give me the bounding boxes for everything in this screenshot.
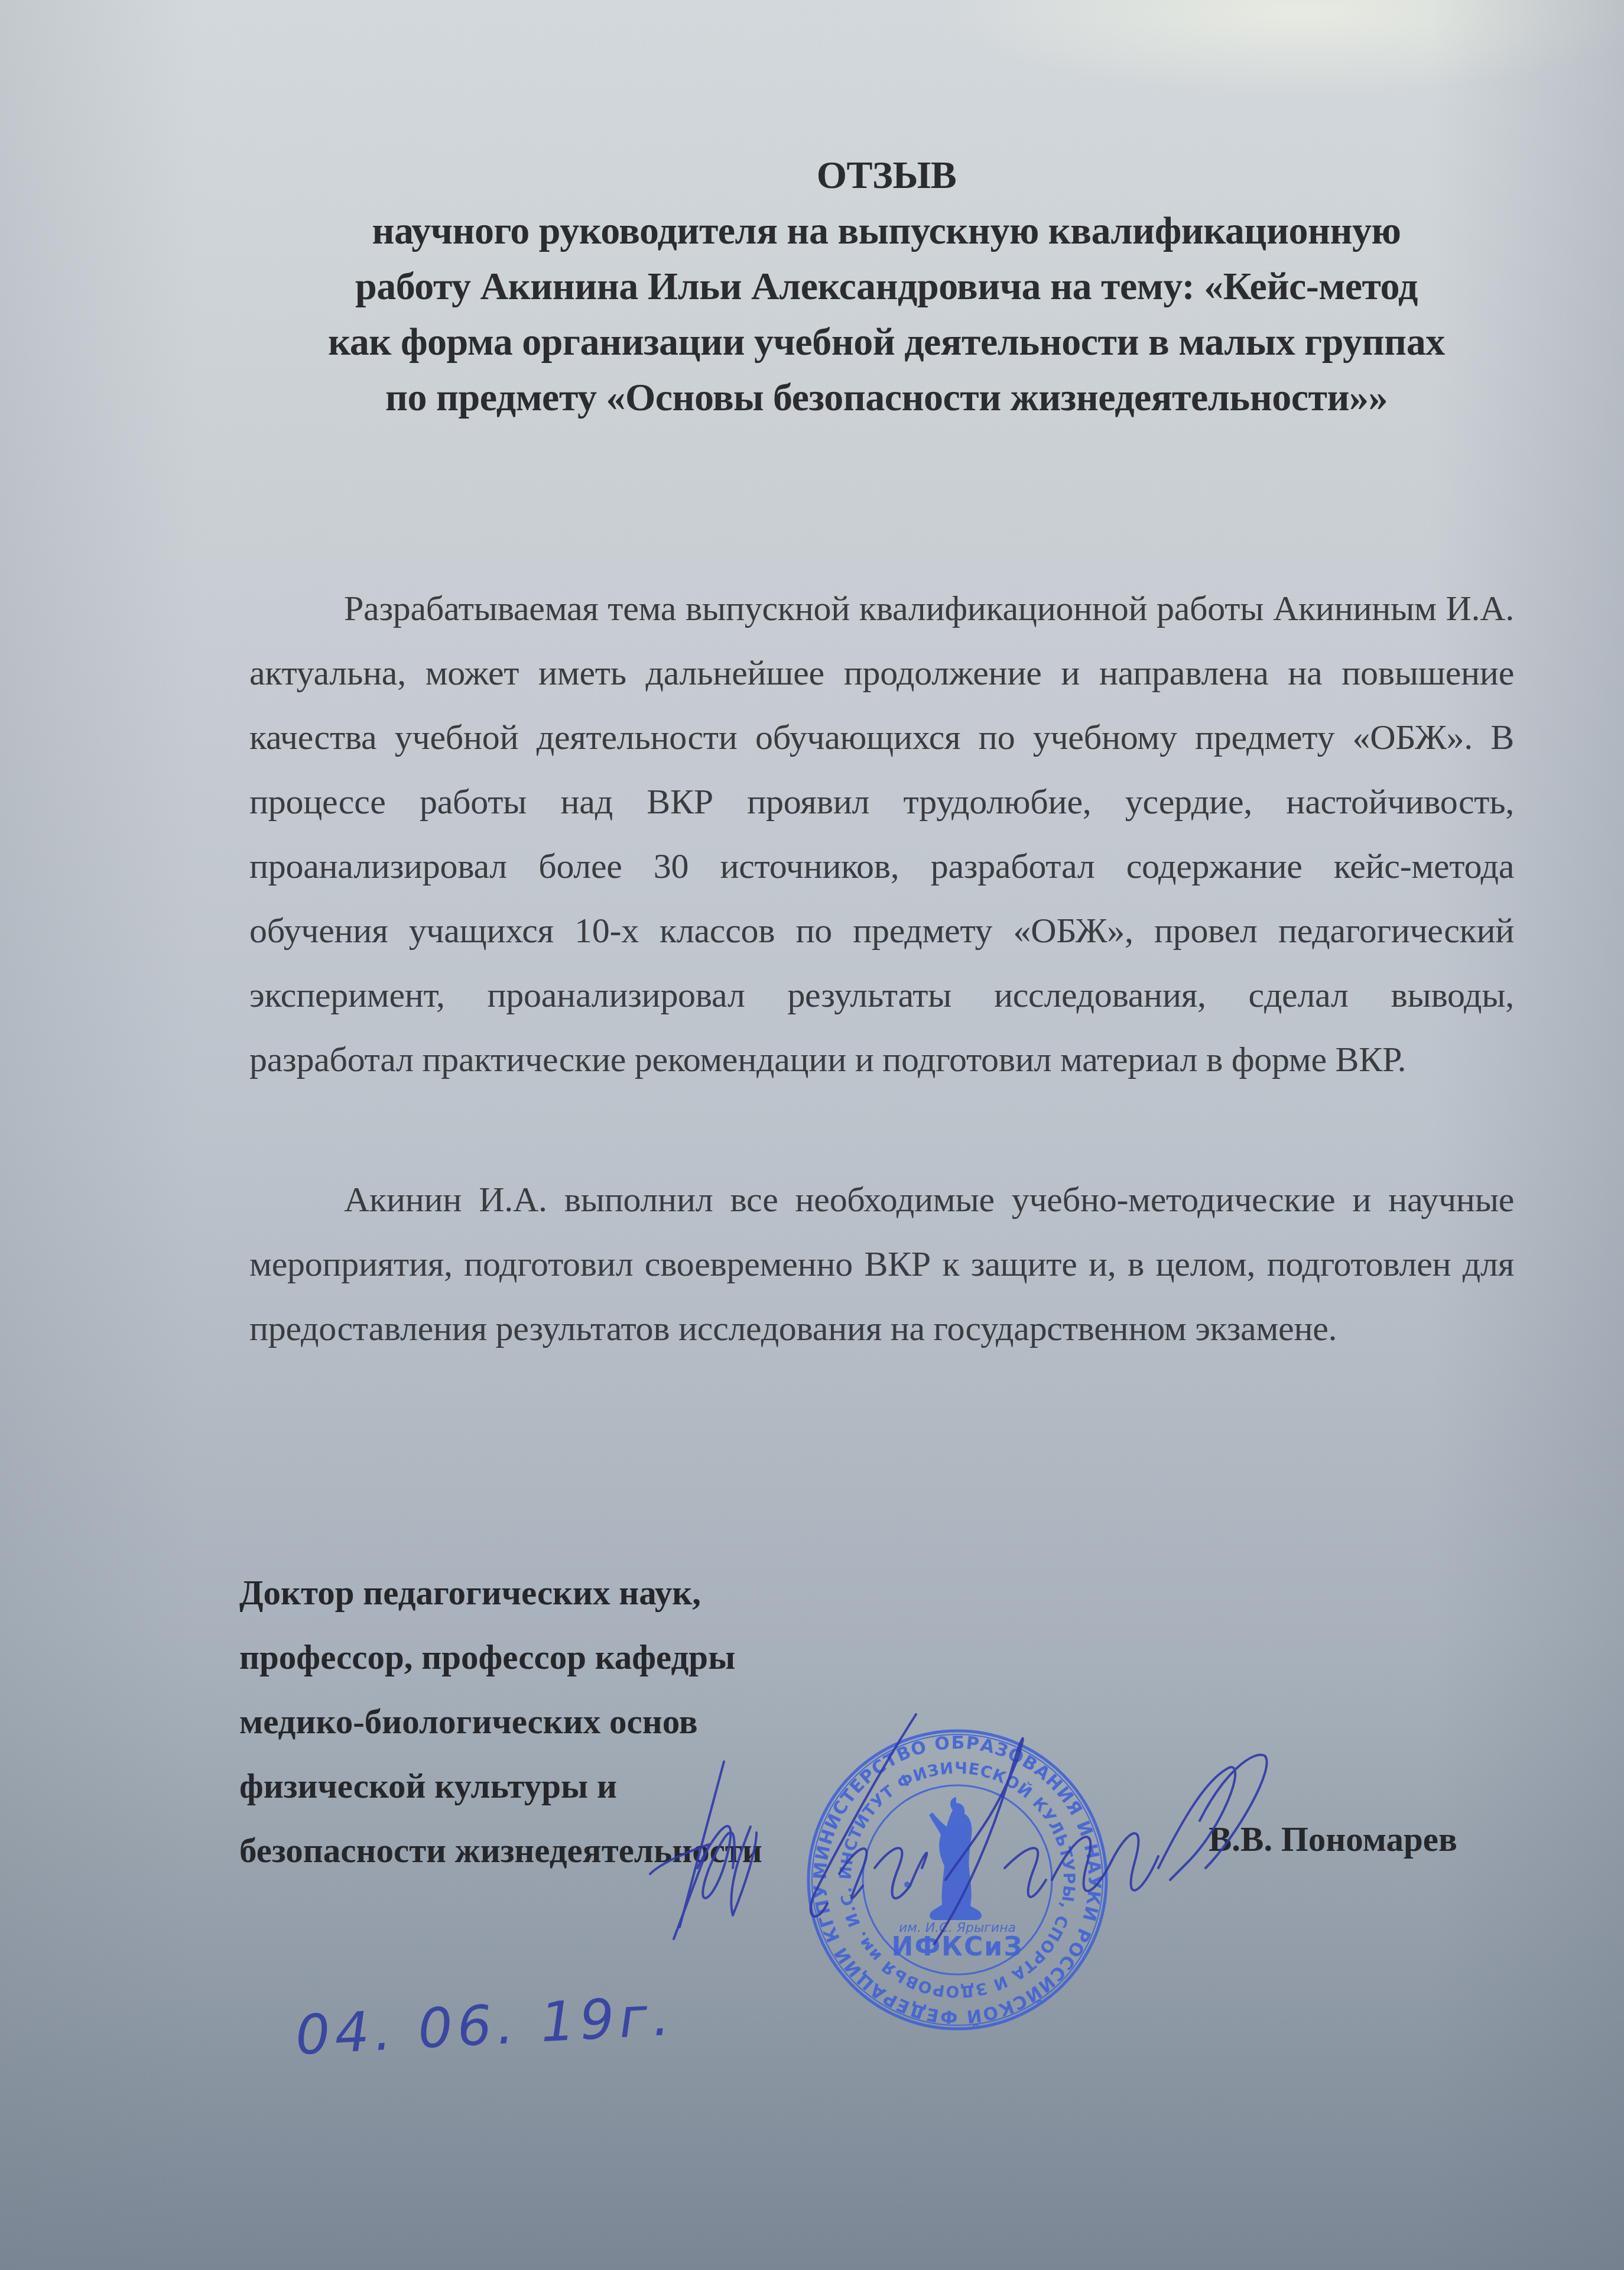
handwritten-signature-icon <box>638 1691 1300 1945</box>
heading-line-2: работу Акинина Ильи Александровича на те… <box>236 259 1537 314</box>
body-paragraph-1-container: Разрабатываемая тема выпускной квалифика… <box>249 576 1514 1092</box>
signatory-title-line-2: профессор, профессор кафедры <box>239 1625 762 1689</box>
document-title: ОТЗЫВ <box>236 148 1537 203</box>
heading-line-3: как форма организации учебной деятельнос… <box>236 314 1537 370</box>
heading-line-4: по предмету «Основы безопасности жизнеде… <box>236 370 1537 426</box>
handwritten-date: 04. 06. 19г. <box>294 1984 675 2067</box>
heading-line-1: научного руководителя на выпускную квали… <box>236 203 1537 259</box>
signatory-title-line-1: Доктор педагогических наук, <box>239 1561 762 1625</box>
document-heading: ОТЗЫВ научного руководителя на выпускную… <box>236 148 1537 426</box>
body-paragraph-2-container: Акинин И.А. выполнил все необходимые уче… <box>249 1168 1514 1361</box>
document-page: ОТЗЫВ научного руководителя на выпускную… <box>0 0 1624 2270</box>
body-paragraph-2: Акинин И.А. выполнил все необходимые уче… <box>249 1168 1514 1361</box>
body-paragraph-1: Разрабатываемая тема выпускной квалифика… <box>249 576 1514 1092</box>
